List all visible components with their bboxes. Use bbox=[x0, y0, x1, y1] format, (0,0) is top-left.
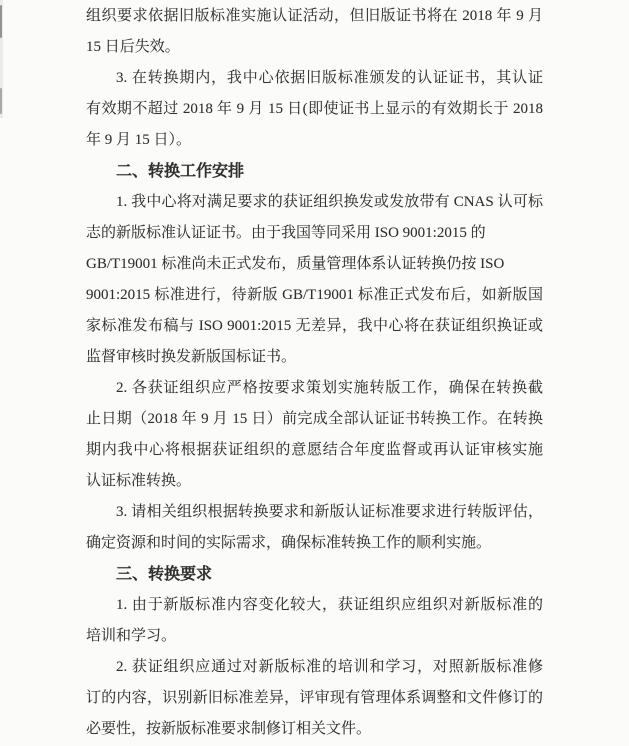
text-line: 年 9 月 15 日）。 bbox=[86, 125, 543, 156]
scan-edge-mark bbox=[0, 88, 2, 114]
text-line: 订的内容，识别新旧标准差异，评审现有管理体系调整和文件修订的 bbox=[86, 683, 543, 714]
text-line: 培训和学习。 bbox=[86, 621, 543, 652]
text-line: 期内我中心将根据获证组织的意愿结合年度监督或再认证审核实施 bbox=[86, 435, 543, 466]
section-heading: 三、转换要求 bbox=[86, 559, 543, 590]
text-line: GB/T19001 标准尚未正式发布，质量管理体系认证转换仍按 ISO bbox=[86, 249, 543, 280]
text-line: 3. 请相关组织根据转换要求和新版认证标准要求进行转版评估， bbox=[86, 497, 543, 528]
text-line: 1. 我中心将对满足要求的获证组织换发或发放带有 CNAS 认可标 bbox=[86, 187, 543, 218]
text-line: 认证标准转换。 bbox=[86, 466, 543, 497]
text-line: 2. 获证组织应通过对新版标准的培训和学习，对照新版标准修 bbox=[86, 652, 543, 683]
text-line: 9001:2015 标准进行，待新版 GB/T19001 标准正式发布后，如新版… bbox=[86, 280, 543, 311]
text-line: 有效期不超过 2018 年 9 月 15 日(即使证书上显示的有效期长于 201… bbox=[86, 94, 543, 125]
text-line: 组织要求依据旧版标准实施认证活动，但旧版证书将在 2018 年 9 月 bbox=[86, 1, 543, 32]
text-line: 15 日后失效。 bbox=[86, 32, 543, 63]
text-line: 3. 在转换期内，我中心依据旧版标准颁发的认证证书，其认证 bbox=[86, 63, 543, 94]
document-body: 组织要求依据旧版标准实施认证活动，但旧版证书将在 2018 年 9 月15 日后… bbox=[86, 1, 543, 745]
text-line: 家标准发布稿与 ISO 9001:2015 无差异，我中心将在获证组织换证或 bbox=[86, 311, 543, 342]
text-line: 确定资源和时间的实际需求，确保标准转换工作的顺利实施。 bbox=[86, 528, 543, 559]
text-line: 志的新版标准认证证书。由于我国等同采用 ISO 9001:2015 的 bbox=[86, 218, 543, 249]
text-line: 监督审核时换发新版国标证书。 bbox=[86, 342, 543, 373]
document-page: 组织要求依据旧版标准实施认证活动，但旧版证书将在 2018 年 9 月15 日后… bbox=[0, 0, 629, 746]
text-line: 止日期（2018 年 9 月 15 日）前完成全部认证证书转换工作。在转换 bbox=[86, 404, 543, 435]
section-heading: 二、转换工作安排 bbox=[86, 156, 543, 187]
text-line: 必要性，按新版标准要求制修订相关文件。 bbox=[86, 714, 543, 745]
text-line: 1. 由于新版标准内容变化较大，获证组织应组织对新版标准的 bbox=[86, 590, 543, 621]
scan-edge-mark bbox=[0, 5, 2, 38]
text-line: 2. 各获证组织应严格按要求策划实施转版工作，确保在转换截 bbox=[86, 373, 543, 404]
